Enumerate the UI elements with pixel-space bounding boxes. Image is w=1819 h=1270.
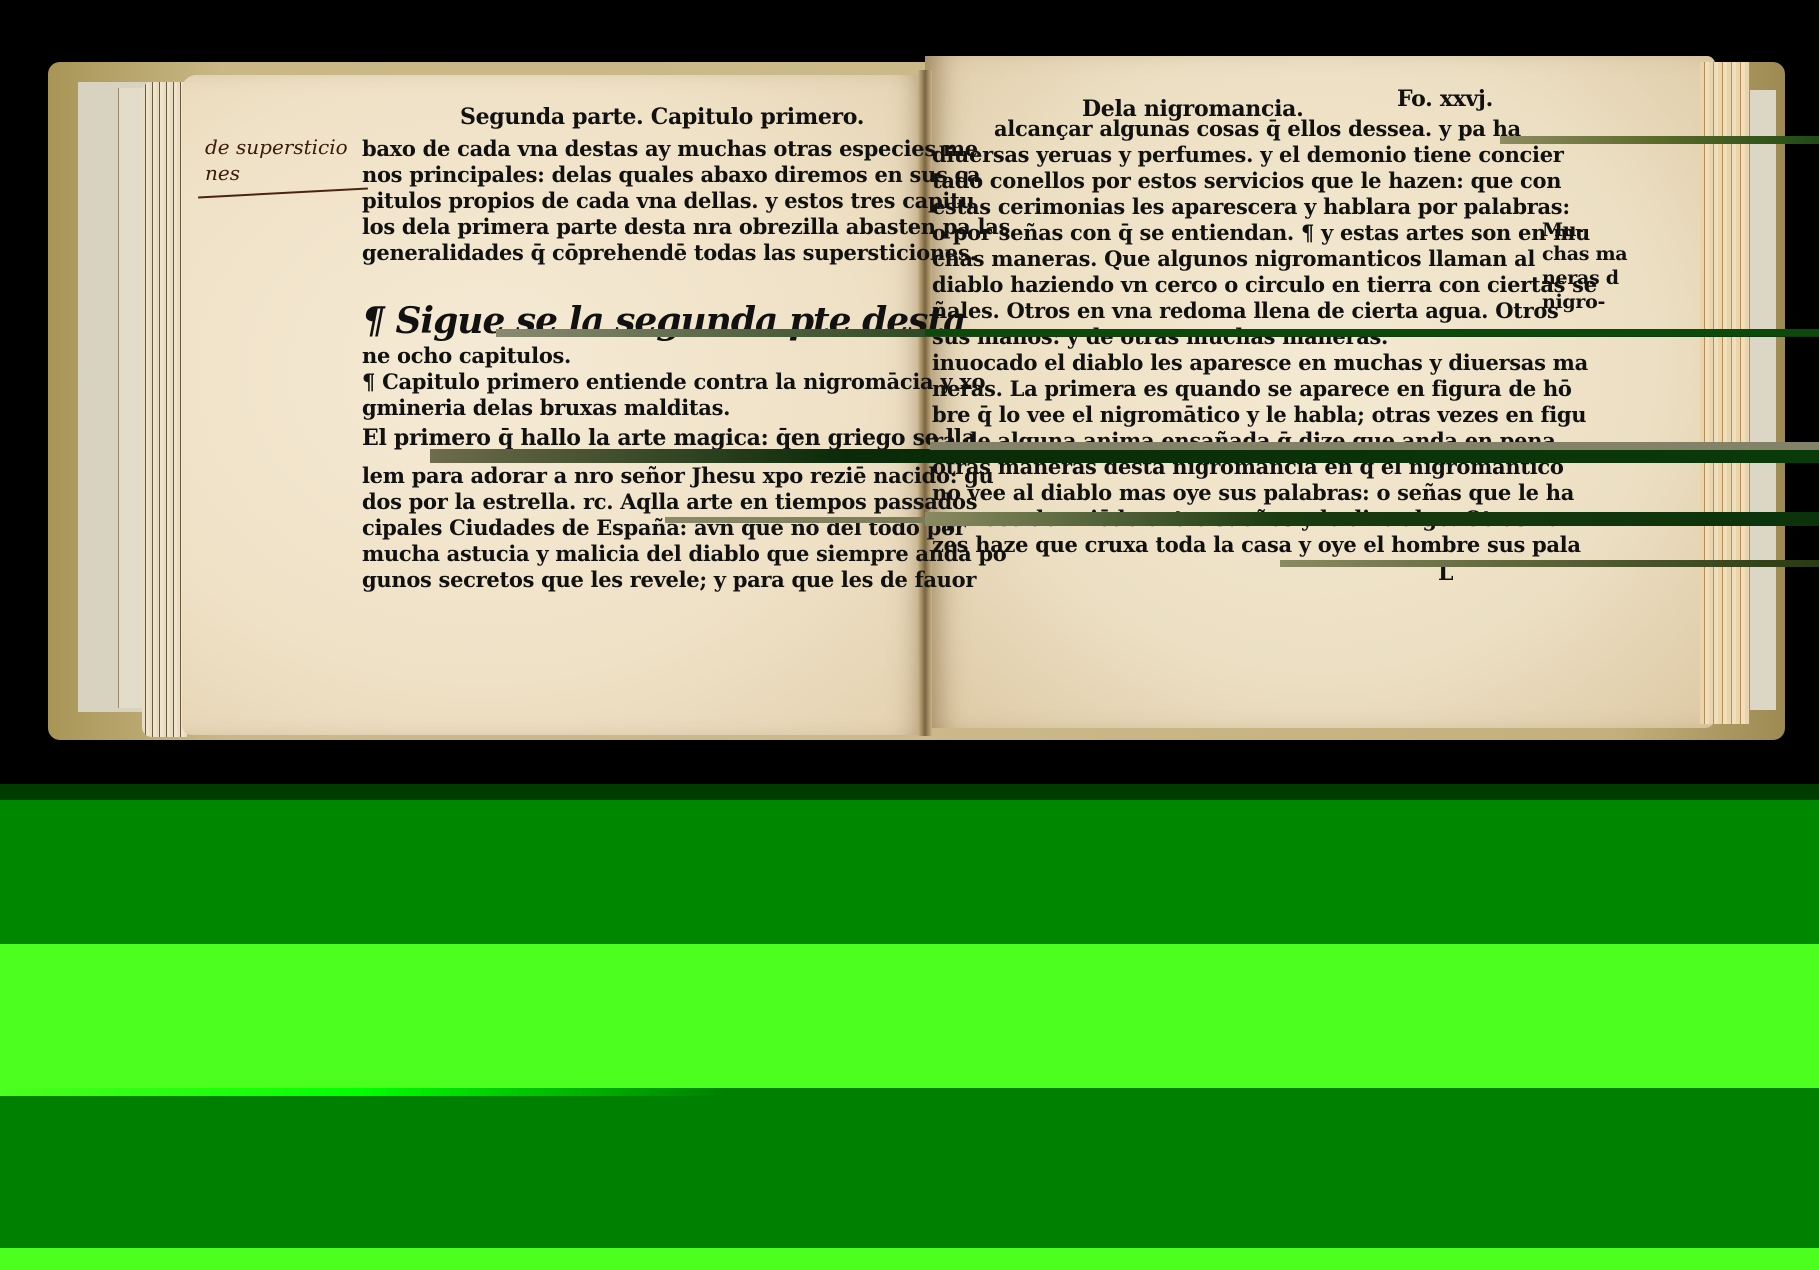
glitch-band (0, 800, 1819, 944)
glitch-bar (430, 449, 1819, 463)
glitch-band (0, 1248, 1819, 1270)
text-line: gmineria delas bruxas malditas. (362, 395, 1007, 421)
left-page-edges (142, 82, 187, 737)
text-line: ne ocho capitulos. (362, 343, 1007, 369)
left-running-head: Segunda parte. Capitulo primero. (460, 104, 864, 130)
text-line: dos por la estrella. rc. Aqlla arte en t… (362, 489, 1007, 515)
right-endpaper (1750, 90, 1776, 710)
right-marginal-note: Mu- chas ma neras d nigro- (1542, 218, 1627, 314)
text-line: zes haze que cruxa toda la casa y oye el… (932, 532, 1597, 558)
right-page-edges (1700, 62, 1750, 724)
glitch-band (0, 1096, 1819, 1248)
right-body: alcançar algunas cosas q̄ ellos dessea. … (932, 116, 1597, 558)
folio-number: Fo. xxvj. (1397, 86, 1493, 112)
glitch-bar (925, 512, 1819, 526)
glitch-bar (1280, 560, 1819, 567)
text-line: nos principales: delas quales abaxo dire… (362, 162, 1010, 188)
glitch-bar (930, 442, 1819, 450)
glitch-band-step (0, 936, 300, 944)
left-body-bottom: ne ocho capitulos. ¶ Capitulo primero en… (362, 343, 1007, 593)
text-line: inuocado el diablo les aparesce en mucha… (932, 350, 1597, 376)
text-line: baxo de cada vna destas ay muchas otras … (362, 136, 1010, 162)
glitch-bar (925, 329, 1819, 336)
glitch-band (0, 1088, 1819, 1096)
handwriting-line: nes (205, 160, 348, 186)
text-line: pitulos propios de cada vna dellas. y es… (362, 188, 1010, 214)
text-line: ¶ Capitulo primero entiende contra la ni… (362, 369, 1007, 395)
margin-line: chas ma (1542, 242, 1627, 266)
left-body-top: baxo de cada vna destas ay muchas otras … (362, 136, 1010, 266)
text-line: diablo haziendo vn cerco o circulo en ti… (932, 272, 1597, 298)
handwriting-line: de supersticio (205, 134, 348, 160)
glitch-bar (1500, 136, 1819, 144)
text-line: ñales. Otros en vna redoma llena de cier… (932, 298, 1597, 324)
text-line: chas maneras. Que algunos nigromanticos … (932, 246, 1597, 272)
text-line: generalidades q̄ cōprehendē todas las su… (362, 240, 1010, 266)
glitch-band-step (0, 1240, 890, 1248)
text-line: tado conellos por estos servicios que le… (932, 168, 1597, 194)
text-line: bre q̄ lo vee el nigromātico y le habla;… (932, 402, 1597, 428)
text-line: El primero q̄ hallo la arte magica: q̄en… (362, 425, 1007, 451)
text-line: no vee al diablo mas oye sus palabras: o… (932, 480, 1597, 506)
text-line: diuersas yeruas y perfumes. y el demonio… (932, 142, 1597, 168)
text-line: neras. La primera es quando se aparece e… (932, 376, 1597, 402)
margin-line: Mu- (1542, 218, 1627, 242)
text-line: lem para adorar a nro señor Jhesu xpo re… (362, 463, 1007, 489)
text-line: alcançar algunas cosas q̄ ellos dessea. … (932, 116, 1597, 142)
text-line: estas cerimonias les aparescera y hablar… (932, 194, 1597, 220)
text-line: o por señas con q̄ se entiendan. ¶ y est… (932, 220, 1597, 246)
glitch-band (0, 944, 1819, 1088)
text-line: gunos secretos que les revele; y para qu… (362, 567, 1007, 593)
marginal-handwriting: de supersticio nes (205, 134, 348, 186)
text-line: mucha astucia y malicia del diablo que s… (362, 541, 1007, 567)
margin-line: neras d (1542, 266, 1627, 290)
margin-line: nigro- (1542, 290, 1627, 314)
text-line: los dela primera parte desta nra obrezil… (362, 214, 1010, 240)
text-line: sus manos: y de otras muchas maneras. (932, 324, 1597, 350)
glitch-band (0, 784, 1819, 800)
